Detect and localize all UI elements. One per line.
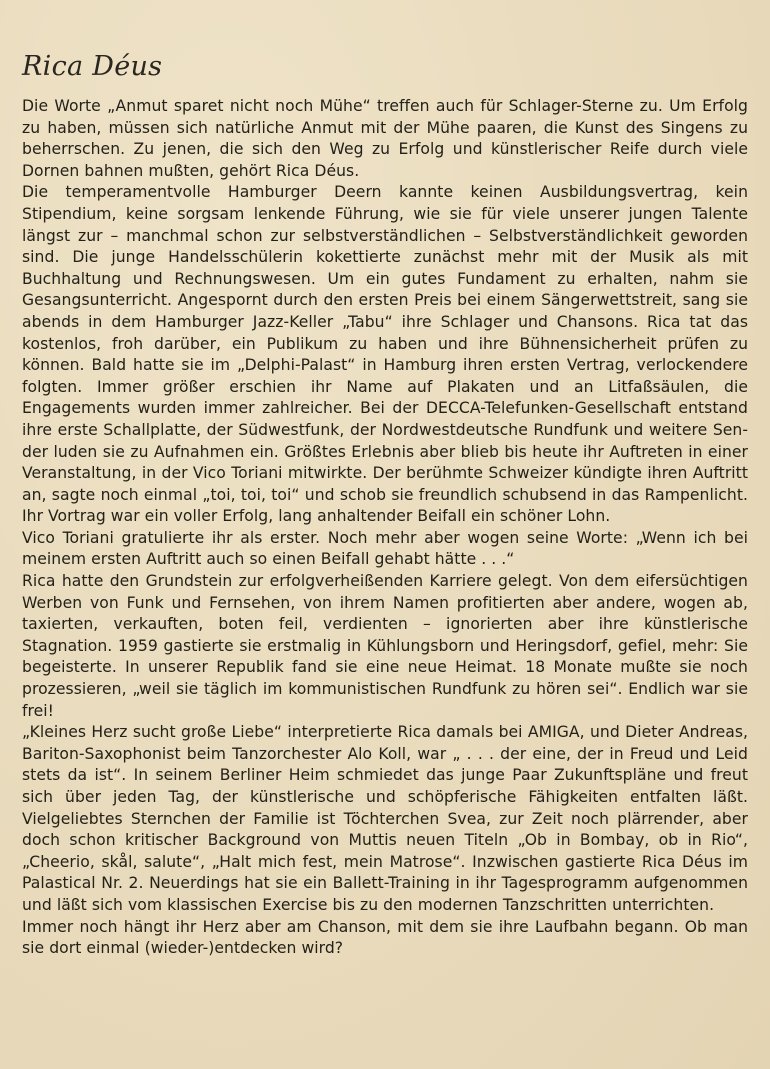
paragraph-career-start: Die temperamentvolle Hamburger Deern kan… <box>22 182 748 528</box>
scanned-page: Rica Déus Die Worte „Anmut sparet nicht … <box>0 0 770 1069</box>
article-title: Rica Déus <box>22 51 162 82</box>
paragraph-toriani-quote: Vico Toriani gratulierte ihr als erster.… <box>22 528 748 571</box>
article-body: Die Worte „Anmut sparet nicht noch Mühe“… <box>22 96 748 960</box>
paragraph-intro: Die Worte „Anmut sparet nicht noch Mühe“… <box>22 96 748 182</box>
paragraph-closing: Immer noch hängt ihr Herz aber am Chanso… <box>22 917 748 960</box>
paragraph-family: „Kleines Herz sucht große Liebe“ interpr… <box>22 722 748 916</box>
paragraph-republic: Rica hatte den Grundstein zur erfolgverh… <box>22 571 748 722</box>
